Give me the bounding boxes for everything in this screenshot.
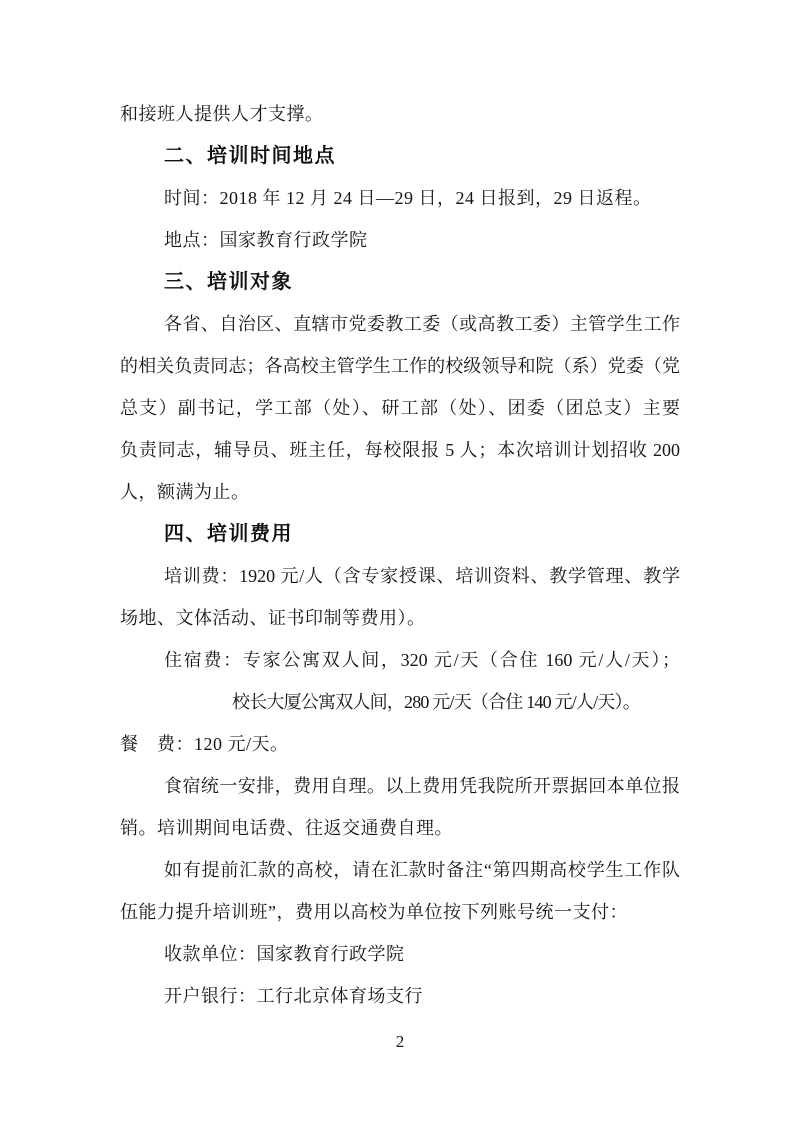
expense-note-line-2: 销。培训期间电话费、往返交通费自理。 [120,807,680,849]
remittance-note-line-2: 伍能力提升培训班”，费用以高校为单位按下列账号统一支付： [120,891,680,933]
meal-fee-line: 餐 费：120 元/天。 [120,723,680,765]
payee-line: 收款单位：国家教育行政学院 [120,933,680,975]
document-page: 和接班人提供人才支撑。 二、培训时间地点 时间：2018 年 12 月 24 日… [120,93,680,1017]
bank-line: 开户银行：工行北京体育场支行 [120,975,680,1017]
training-time-line: 时间：2018 年 12 月 24 日—29 日，24 日报到，29 日返程。 [120,177,680,219]
training-audience-line-3: 总支）副书记，学工部（处）、研工部（处）、团委（团总支）主要 [120,387,680,429]
continuation-line: 和接班人提供人才支撑。 [120,93,680,135]
section-heading-audience: 三、培训对象 [120,261,680,303]
remittance-note-line-1: 如有提前汇款的高校，请在汇款时备注“第四期高校学生工作队 [120,849,680,891]
expense-note-line-1: 食宿统一安排，费用自理。以上费用凭我院所开票据回本单位报 [120,765,680,807]
training-audience-line-5: 人，额满为止。 [120,471,680,513]
training-location-line: 地点：国家教育行政学院 [120,219,680,261]
section-heading-time-location: 二、培训时间地点 [120,135,680,177]
page-number: 2 [0,1030,800,1054]
tuition-fee-line-1: 培训费：1920 元/人（含专家授课、培训资料、教学管理、教学 [120,555,680,597]
accommodation-fee-line-2: 校长大厦公寓双人间，280 元/天（合住 140 元/人/天）。 [120,681,680,723]
section-heading-fees: 四、培训费用 [120,513,680,555]
training-audience-line-4: 负责同志，辅导员、班主任，每校限报 5 人；本次培训计划招收 200 [120,429,680,471]
accommodation-fee-line-1: 住宿费：专家公寓双人间，320 元/天（合住 160 元/人/天）； [120,639,680,681]
tuition-fee-line-2: 场地、文体活动、证书印制等费用）。 [120,597,680,639]
training-audience-line-2: 的相关负责同志；各高校主管学生工作的校级领导和院（系）党委（党 [120,345,680,387]
training-audience-line-1: 各省、自治区、直辖市党委教工委（或高教工委）主管学生工作 [120,303,680,345]
